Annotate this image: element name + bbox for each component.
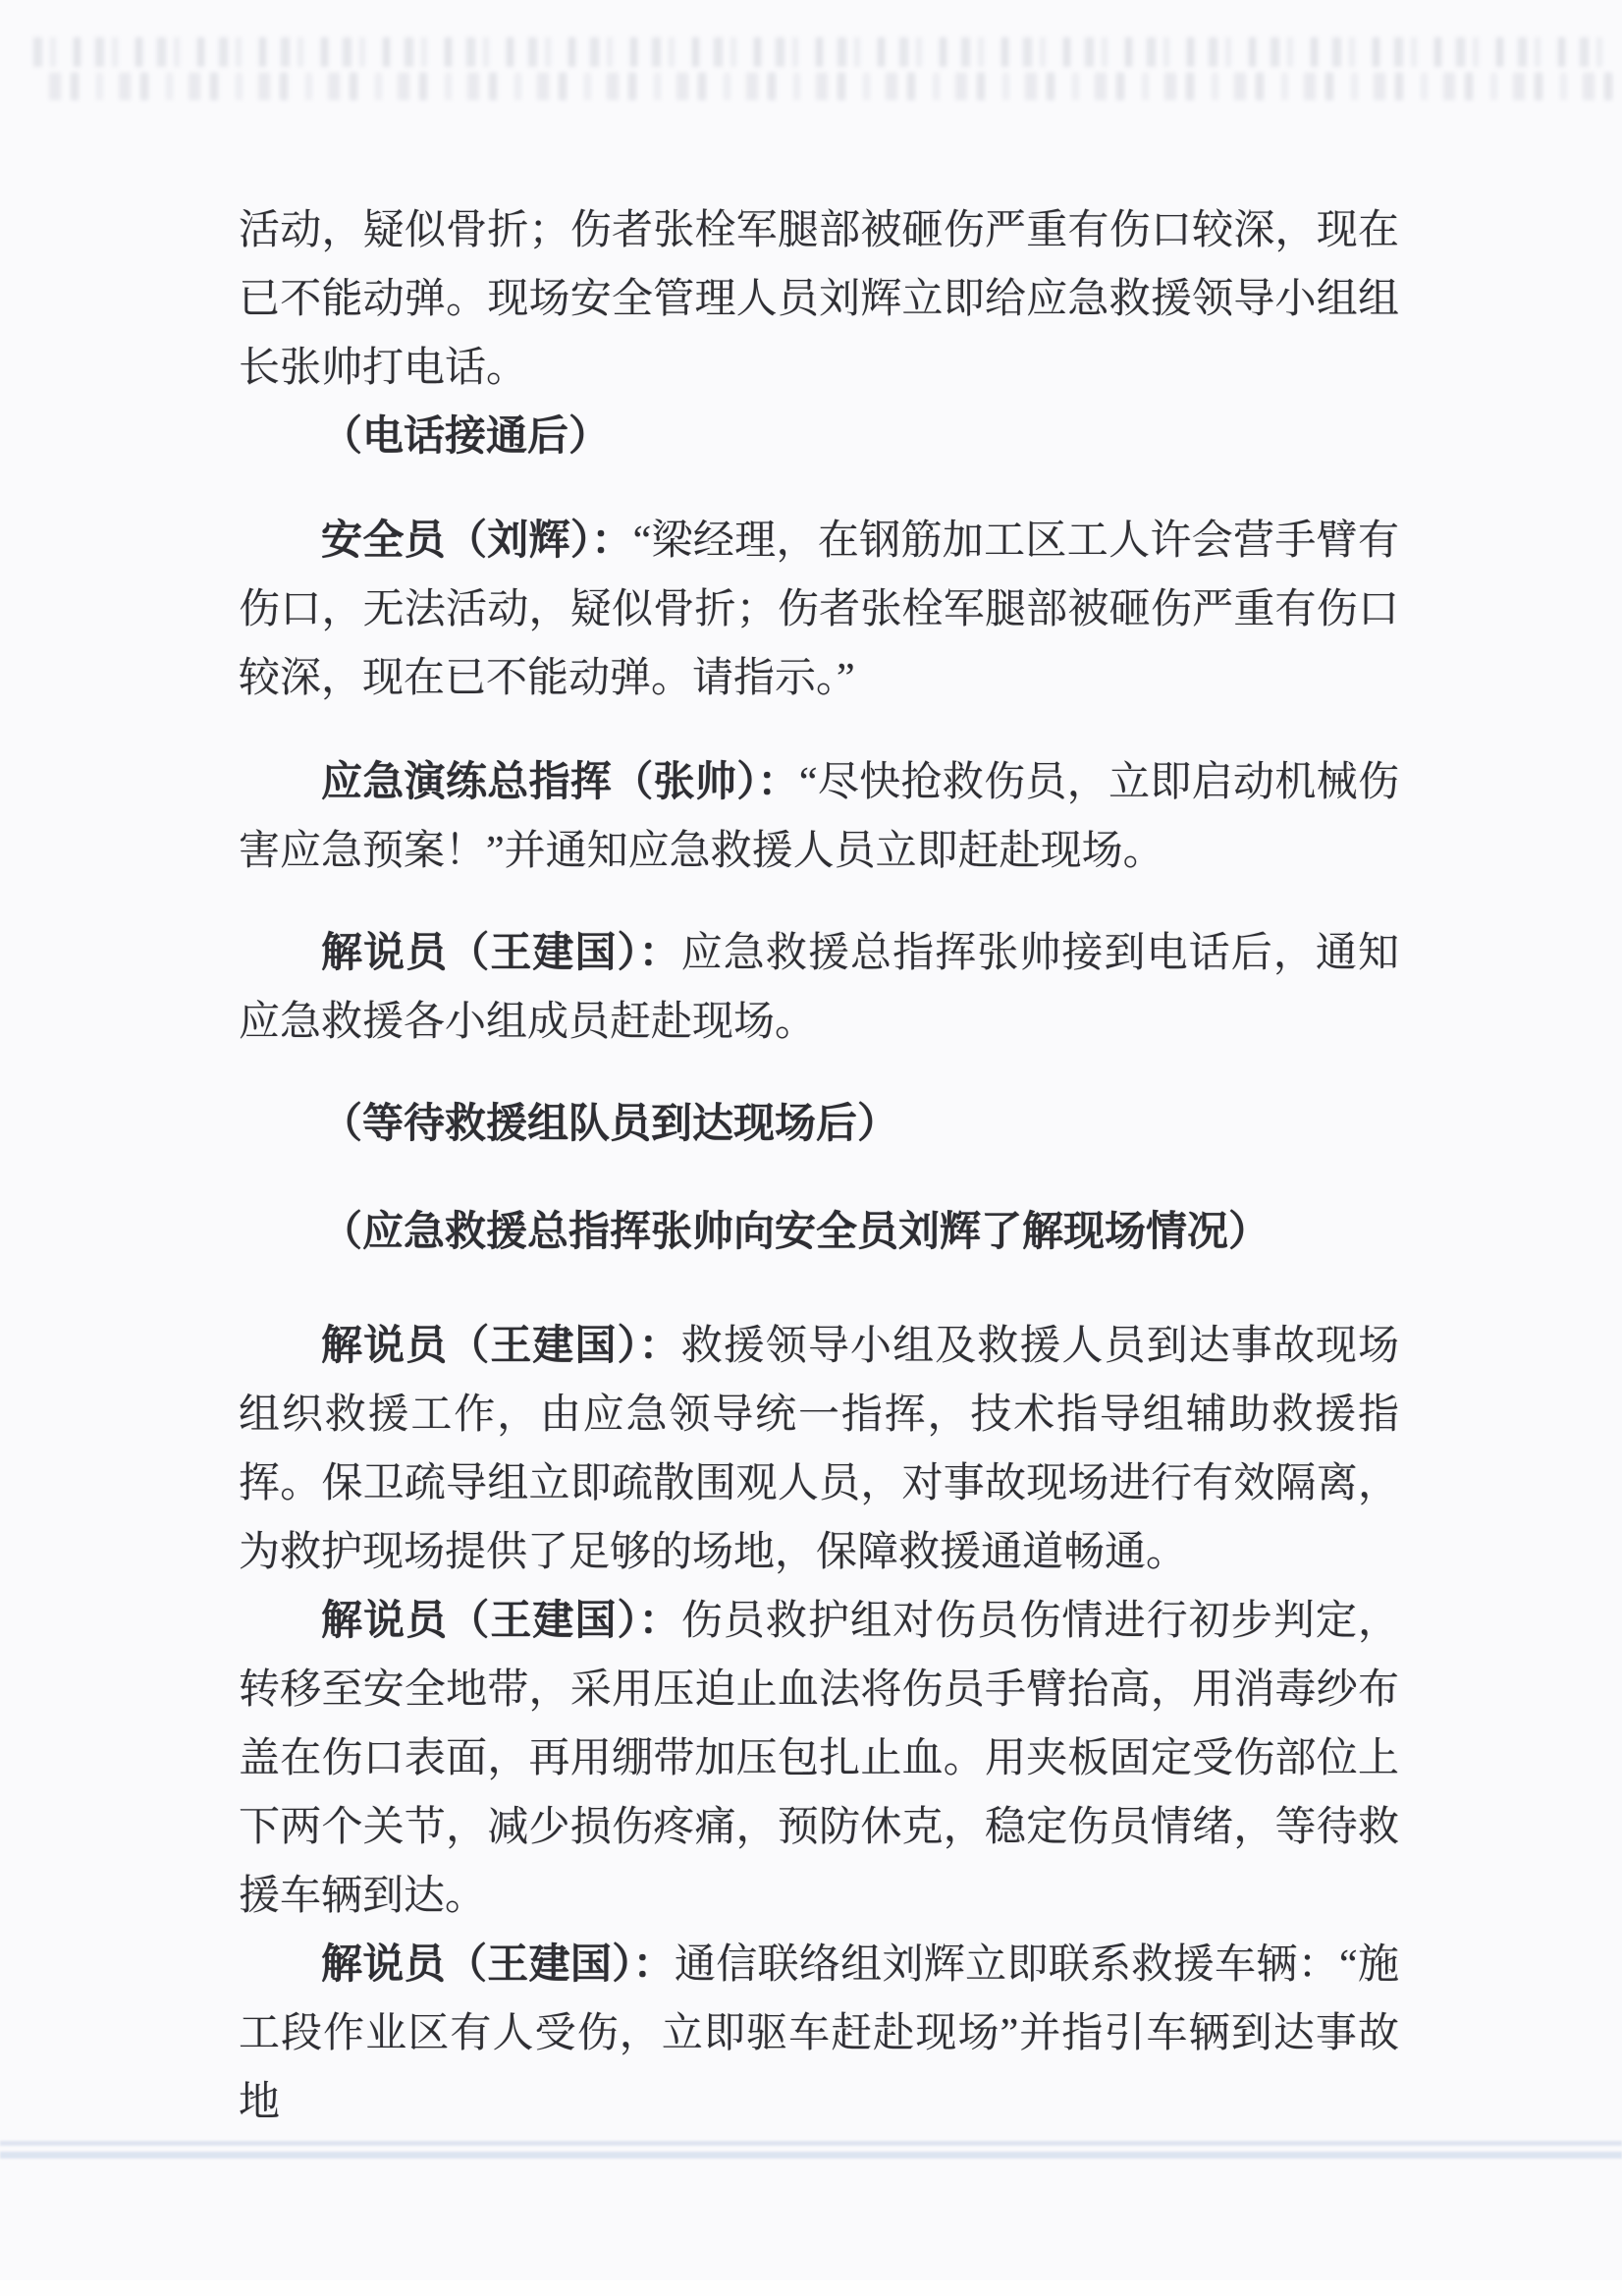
speaker-label: 应急演练总指挥（张帅）： xyxy=(321,760,799,805)
document-page: 活动，疑似骨折；伤者张栓军腿部被砸伤严重有伤口较深，现在已不能动弹。现场安全管理… xyxy=(0,0,1622,2296)
scan-streak xyxy=(0,2152,1622,2159)
stage-direction-text: （等待救援组队员到达现场后） xyxy=(321,1102,898,1147)
paragraph: 活动，疑似骨折；伤者张栓军腿部被砸伤严重有伤口较深，现在已不能动弹。现场安全管理… xyxy=(239,196,1399,403)
paragraph: 解说员（王建国）：通信联络组刘辉立即联系救援车辆：“施工段作业区有人受伤，立即驱… xyxy=(239,1931,1399,2137)
paragraph: 解说员（王建国）：应急救援总指挥张帅接到电话后，通知应急救援各小组成员赶赴现场。 xyxy=(239,919,1399,1057)
bleedthrough-band xyxy=(49,73,1614,100)
stage-direction-text: （电话接通后） xyxy=(321,414,610,460)
scan-edge xyxy=(0,2280,1622,2296)
stage-direction: （应急救援总指挥张帅向安全员刘辉了解现场情况） xyxy=(239,1198,1399,1267)
paragraph: 应急演练总指挥（张帅）：“尽快抢救伤员，立即启动机械伤害应急预案！”并通知应急救… xyxy=(239,748,1399,886)
paragraph: 安全员（刘辉）：“梁经理，在钢筋加工区工人许会营手臂有伤口，无法活动，疑似骨折；… xyxy=(239,507,1399,713)
stage-direction-text: （应急救援总指挥张帅向安全员刘辉了解现场情况） xyxy=(321,1210,1270,1255)
document-text-block: 活动，疑似骨折；伤者张栓军腿部被砸伤严重有伤口较深，现在已不能动弹。现场安全管理… xyxy=(239,196,1399,2137)
body-text: 活动，疑似骨折；伤者张栓军腿部被砸伤严重有伤口较深，现在已不能动弹。现场安全管理… xyxy=(239,208,1399,391)
stage-direction: （电话接通后） xyxy=(239,403,1399,471)
speaker-label: 解说员（王建国）： xyxy=(321,1942,675,1988)
speaker-label: 解说员（王建国）： xyxy=(321,931,681,976)
speaker-label: 安全员（刘辉）： xyxy=(321,519,633,564)
stage-direction: （等待救援组队员到达现场后） xyxy=(239,1090,1399,1159)
paragraph: 解说员（王建国）：救援领导小组及救援人员到达事故现场组织救援工作，由应急领导统一… xyxy=(239,1312,1399,1587)
speaker-label: 解说员（王建国）： xyxy=(321,1324,681,1369)
dialogue-text: 伤员救护组对伤员伤情进行初步判定，转移至安全地带，采用压迫止血法将伤员手臂抬高，… xyxy=(239,1599,1399,1919)
scan-streak xyxy=(0,2141,1622,2146)
paragraph: 解说员（王建国）：伤员救护组对伤员伤情进行初步判定，转移至安全地带，采用压迫止血… xyxy=(239,1587,1399,1931)
speaker-label: 解说员（王建国）： xyxy=(321,1599,681,1644)
bleedthrough-band xyxy=(33,37,1608,67)
